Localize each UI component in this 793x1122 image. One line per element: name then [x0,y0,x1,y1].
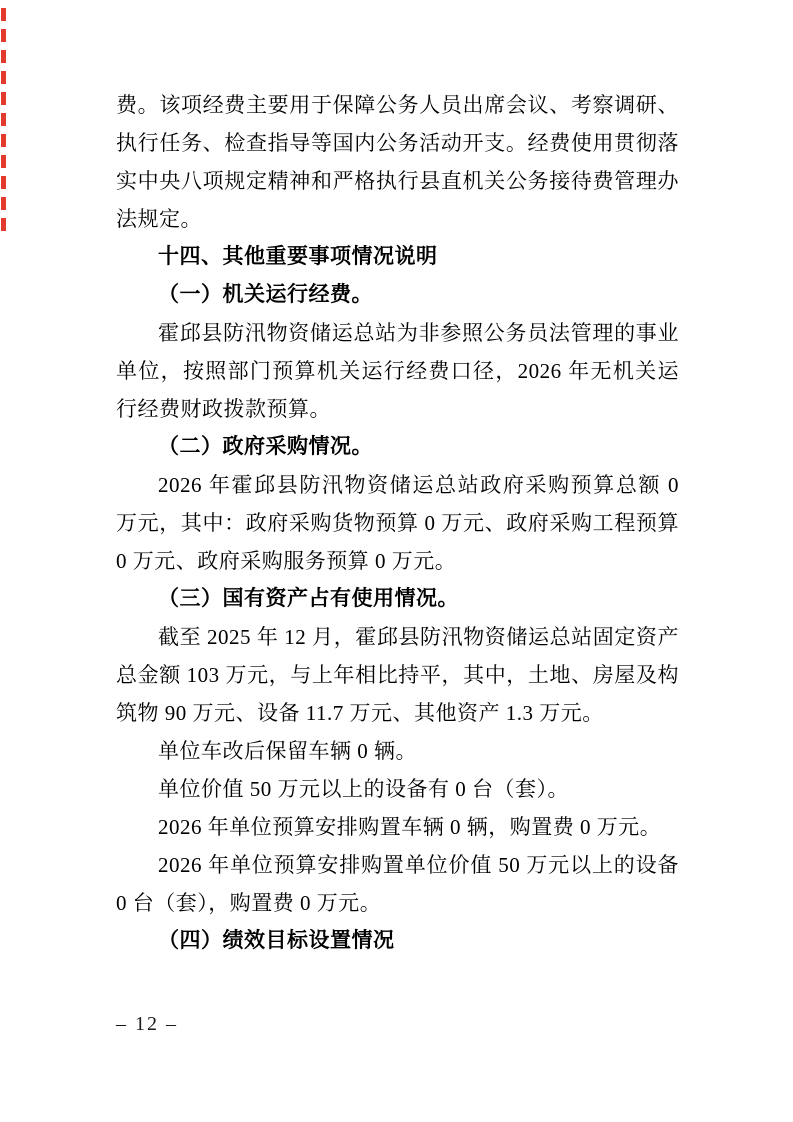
red-edge-mark [1,155,6,168]
section-heading: （三）国有资产占有使用情况。 [116,580,679,618]
red-edge-mark [1,8,6,21]
red-edge-mark [1,197,6,210]
red-edge-mark [1,218,6,231]
paragraph: 霍邱县防汛物资储运总站为非参照公务员法管理的事业单位，按照部门预算机关运行经费口… [116,314,679,428]
document-content: 费。该项经费主要用于保障公务人员出席会议、考察调研、执行任务、检查指导等国内公务… [116,86,679,960]
section-heading: 十四、其他重要事项情况说明 [116,238,679,276]
section-heading: （四）绩效目标设置情况 [116,922,679,960]
paragraph: 费。该项经费主要用于保障公务人员出席会议、考察调研、执行任务、检查指导等国内公务… [116,86,679,238]
paragraph: 2026 年单位预算安排购置车辆 0 辆，购置费 0 万元。 [116,808,679,846]
red-edge-mark [1,134,6,147]
section-heading: （一）机关运行经费。 [116,276,679,314]
red-edge-mark [1,71,6,84]
paragraph: 单位车改后保留车辆 0 辆。 [116,732,679,770]
document-page: 费。该项经费主要用于保障公务人员出席会议、考察调研、执行任务、检查指导等国内公务… [0,0,793,1122]
paragraph: 单位价值 50 万元以上的设备有 0 台（套）。 [116,770,679,808]
paragraph: 2026 年霍邱县防汛物资储运总站政府采购预算总额 0 万元，其中：政府采购货物… [116,466,679,580]
paragraph: 截至 2025 年 12 月，霍邱县防汛物资储运总站固定资产总金额 103 万元… [116,618,679,732]
red-edge-mark [1,92,6,105]
section-heading: （二）政府采购情况。 [116,428,679,466]
red-edge-mark [1,50,6,63]
page-number: – 12 – [116,1013,178,1036]
paragraph: 2026 年单位预算安排购置单位价值 50 万元以上的设备 0 台（套），购置费… [116,846,679,922]
red-edge-mark [1,29,6,42]
red-edge-mark [1,176,6,189]
red-edge-mark [1,113,6,126]
